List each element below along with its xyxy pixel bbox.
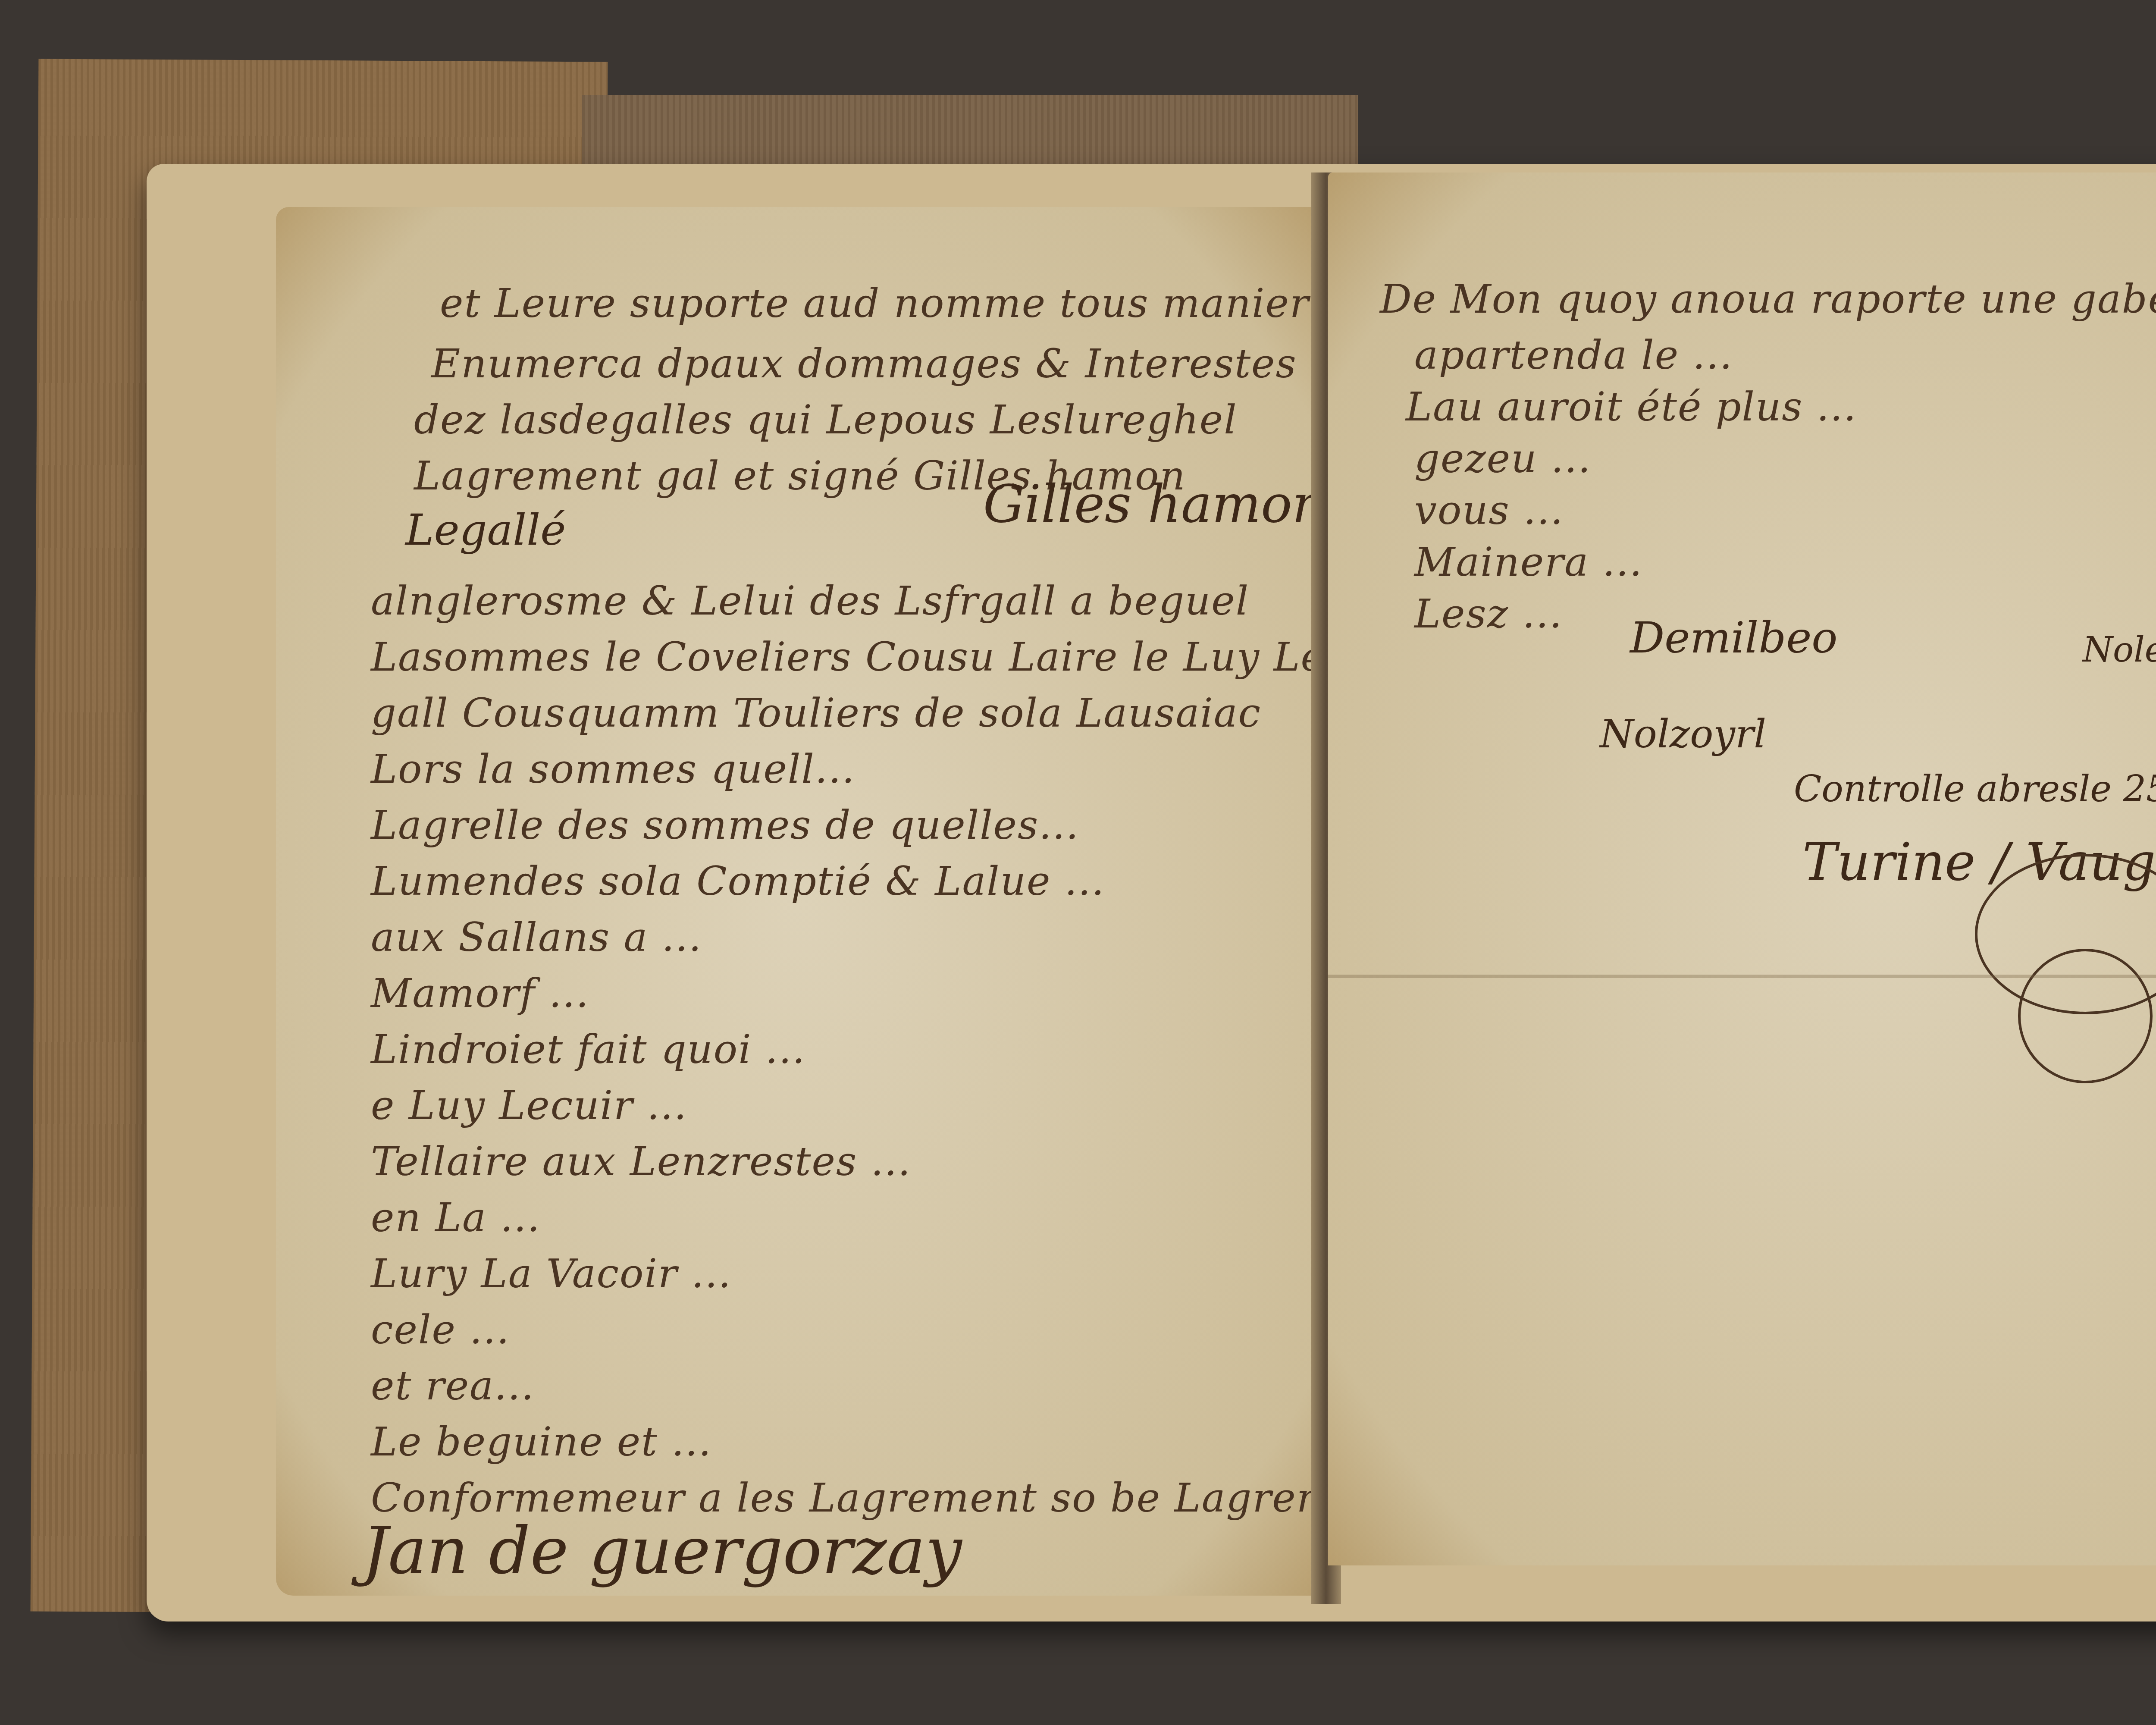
text-line: Tellaire aux Lenzrestes ... [371, 1138, 911, 1185]
text-line: en La ... [371, 1195, 541, 1241]
text-line: et rea... [371, 1363, 535, 1409]
text-line: Lindroiet fait quoi ... [371, 1026, 806, 1073]
text-line: Lesz ... [1414, 591, 1563, 637]
text-line: Lors la sommes quell... [371, 746, 856, 792]
text-line: Lumendes sola Comptié & Lalue ... [371, 858, 1105, 904]
text-line: dez lasdegalles qui Lepous Leslureghel [414, 397, 1238, 443]
text-line: Lau auroit été plus ... [1406, 384, 1857, 430]
controlle-annotation: Controlle abresle 25me feb 1683 [1794, 768, 2156, 810]
text-line: Lury La Vacoir ... [371, 1251, 732, 1297]
text-line: Lasommes le Coveliers Cousu Laire le Luy… [371, 634, 1351, 680]
text-line: et Leure suporte aud nomme tous manieria [440, 280, 1347, 326]
signature-notary: Nolzoyrl [1600, 712, 1766, 757]
text-line: Mamorf ... [371, 970, 589, 1016]
signature-noletozah: Noletozah [2083, 630, 2156, 670]
signature-flourish [2018, 949, 2153, 1083]
text-line: Enumerca dpaux dommages & Interestes & [431, 341, 1347, 387]
text-line: gezeu ... [1414, 436, 1591, 482]
text-line: Mainera ... [1414, 539, 1643, 585]
text-line: e Luy Lecuir ... [371, 1082, 687, 1129]
text-line: vous ... [1414, 487, 1564, 533]
page-fold [1328, 975, 2156, 978]
text-line: Le beguine et ... [371, 1419, 712, 1465]
signature-legalle: Legallé [405, 505, 566, 555]
signature-demilbeo: Demilbeo [1630, 612, 1838, 663]
text-line: apartenda le ... [1414, 332, 1733, 378]
text-line: alnglerosme & Lelui des Lsfrgall a begue… [371, 578, 1249, 624]
signature-guergorzay: Jan de guergorzay [362, 1514, 962, 1589]
text-line: cele ... [371, 1307, 510, 1353]
text-line: De Mon quoy anoua raporte une gabellorn [1380, 276, 2156, 322]
text-line: gall Cousquamm Touliers de sola Lausaiac [371, 690, 1261, 736]
text-line: aux Sallans a ... [371, 914, 702, 960]
right-page: De Mon quoy anoua raporte une gabellorn … [1328, 172, 2156, 1565]
left-page: et Leure suporte aud nomme tous manieria… [276, 207, 1319, 1596]
text-line: Lagrelle des sommes de quelles... [371, 802, 1079, 848]
signature-hamon: Gilles hamon [983, 474, 1326, 534]
